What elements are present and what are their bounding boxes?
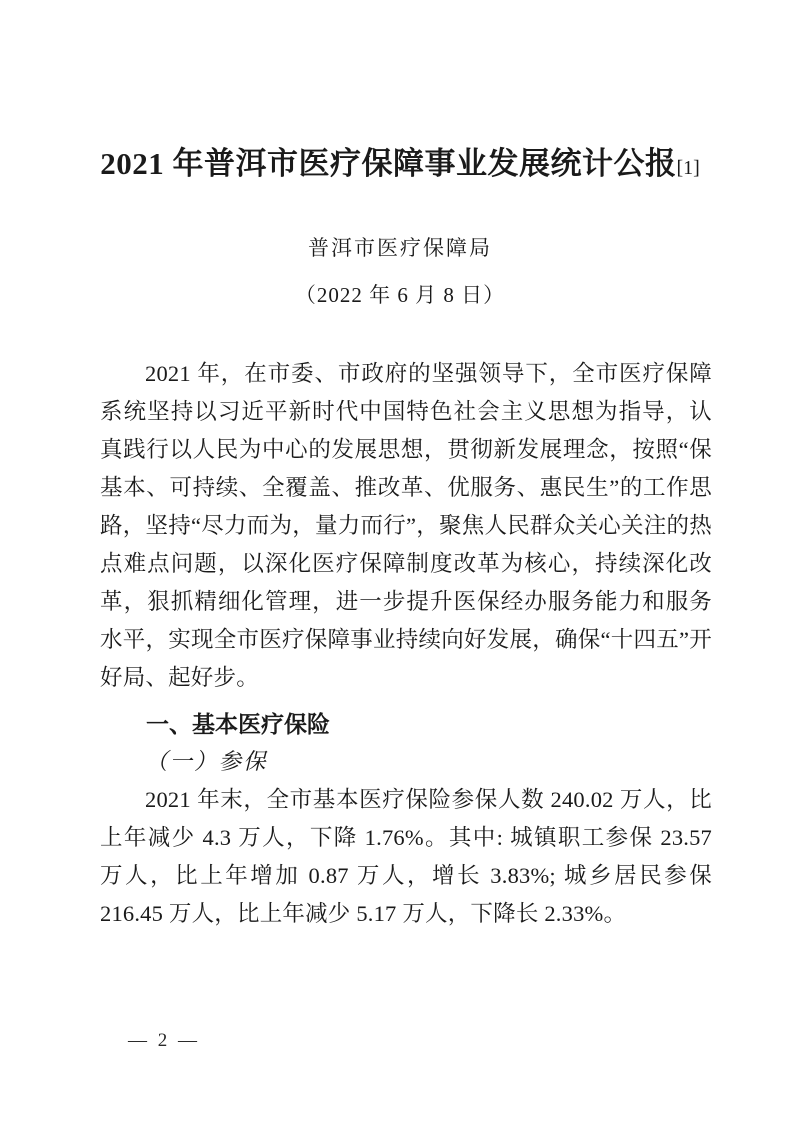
enrollment-paragraph: 2021 年末，全市基本医疗保险参保人数 240.02 万人，比上年减少 4.3…: [100, 781, 712, 933]
title-footnote-marker: [1]: [676, 157, 699, 179]
intro-paragraph: 2021 年，在市委、市政府的坚强领导下，全市医疗保障系统坚持以习近平新时代中国…: [100, 355, 712, 697]
section-heading-basic-medical-insurance: 一、基本医疗保险: [100, 705, 712, 743]
document-title: 2021 年普洱市医疗保障事业发展统计公报[1]: [0, 0, 800, 189]
document-body: 2021 年，在市委、市政府的坚强领导下，全市医疗保障系统坚持以习近平新时代中国…: [100, 355, 712, 933]
page-number: — 2 —: [128, 1030, 200, 1052]
subsection-heading-enrollment: （一）参保: [100, 743, 712, 781]
document-page: 2021 年普洱市医疗保障事业发展统计公报[1] 普洱市医疗保障局 （2022 …: [0, 0, 800, 1131]
issuing-organization: 普洱市医疗保障局: [0, 234, 800, 262]
issue-date: （2022 年 6 月 8 日）: [0, 281, 800, 309]
document-title-text: 2021 年普洱市医疗保障事业发展统计公报: [100, 146, 676, 181]
